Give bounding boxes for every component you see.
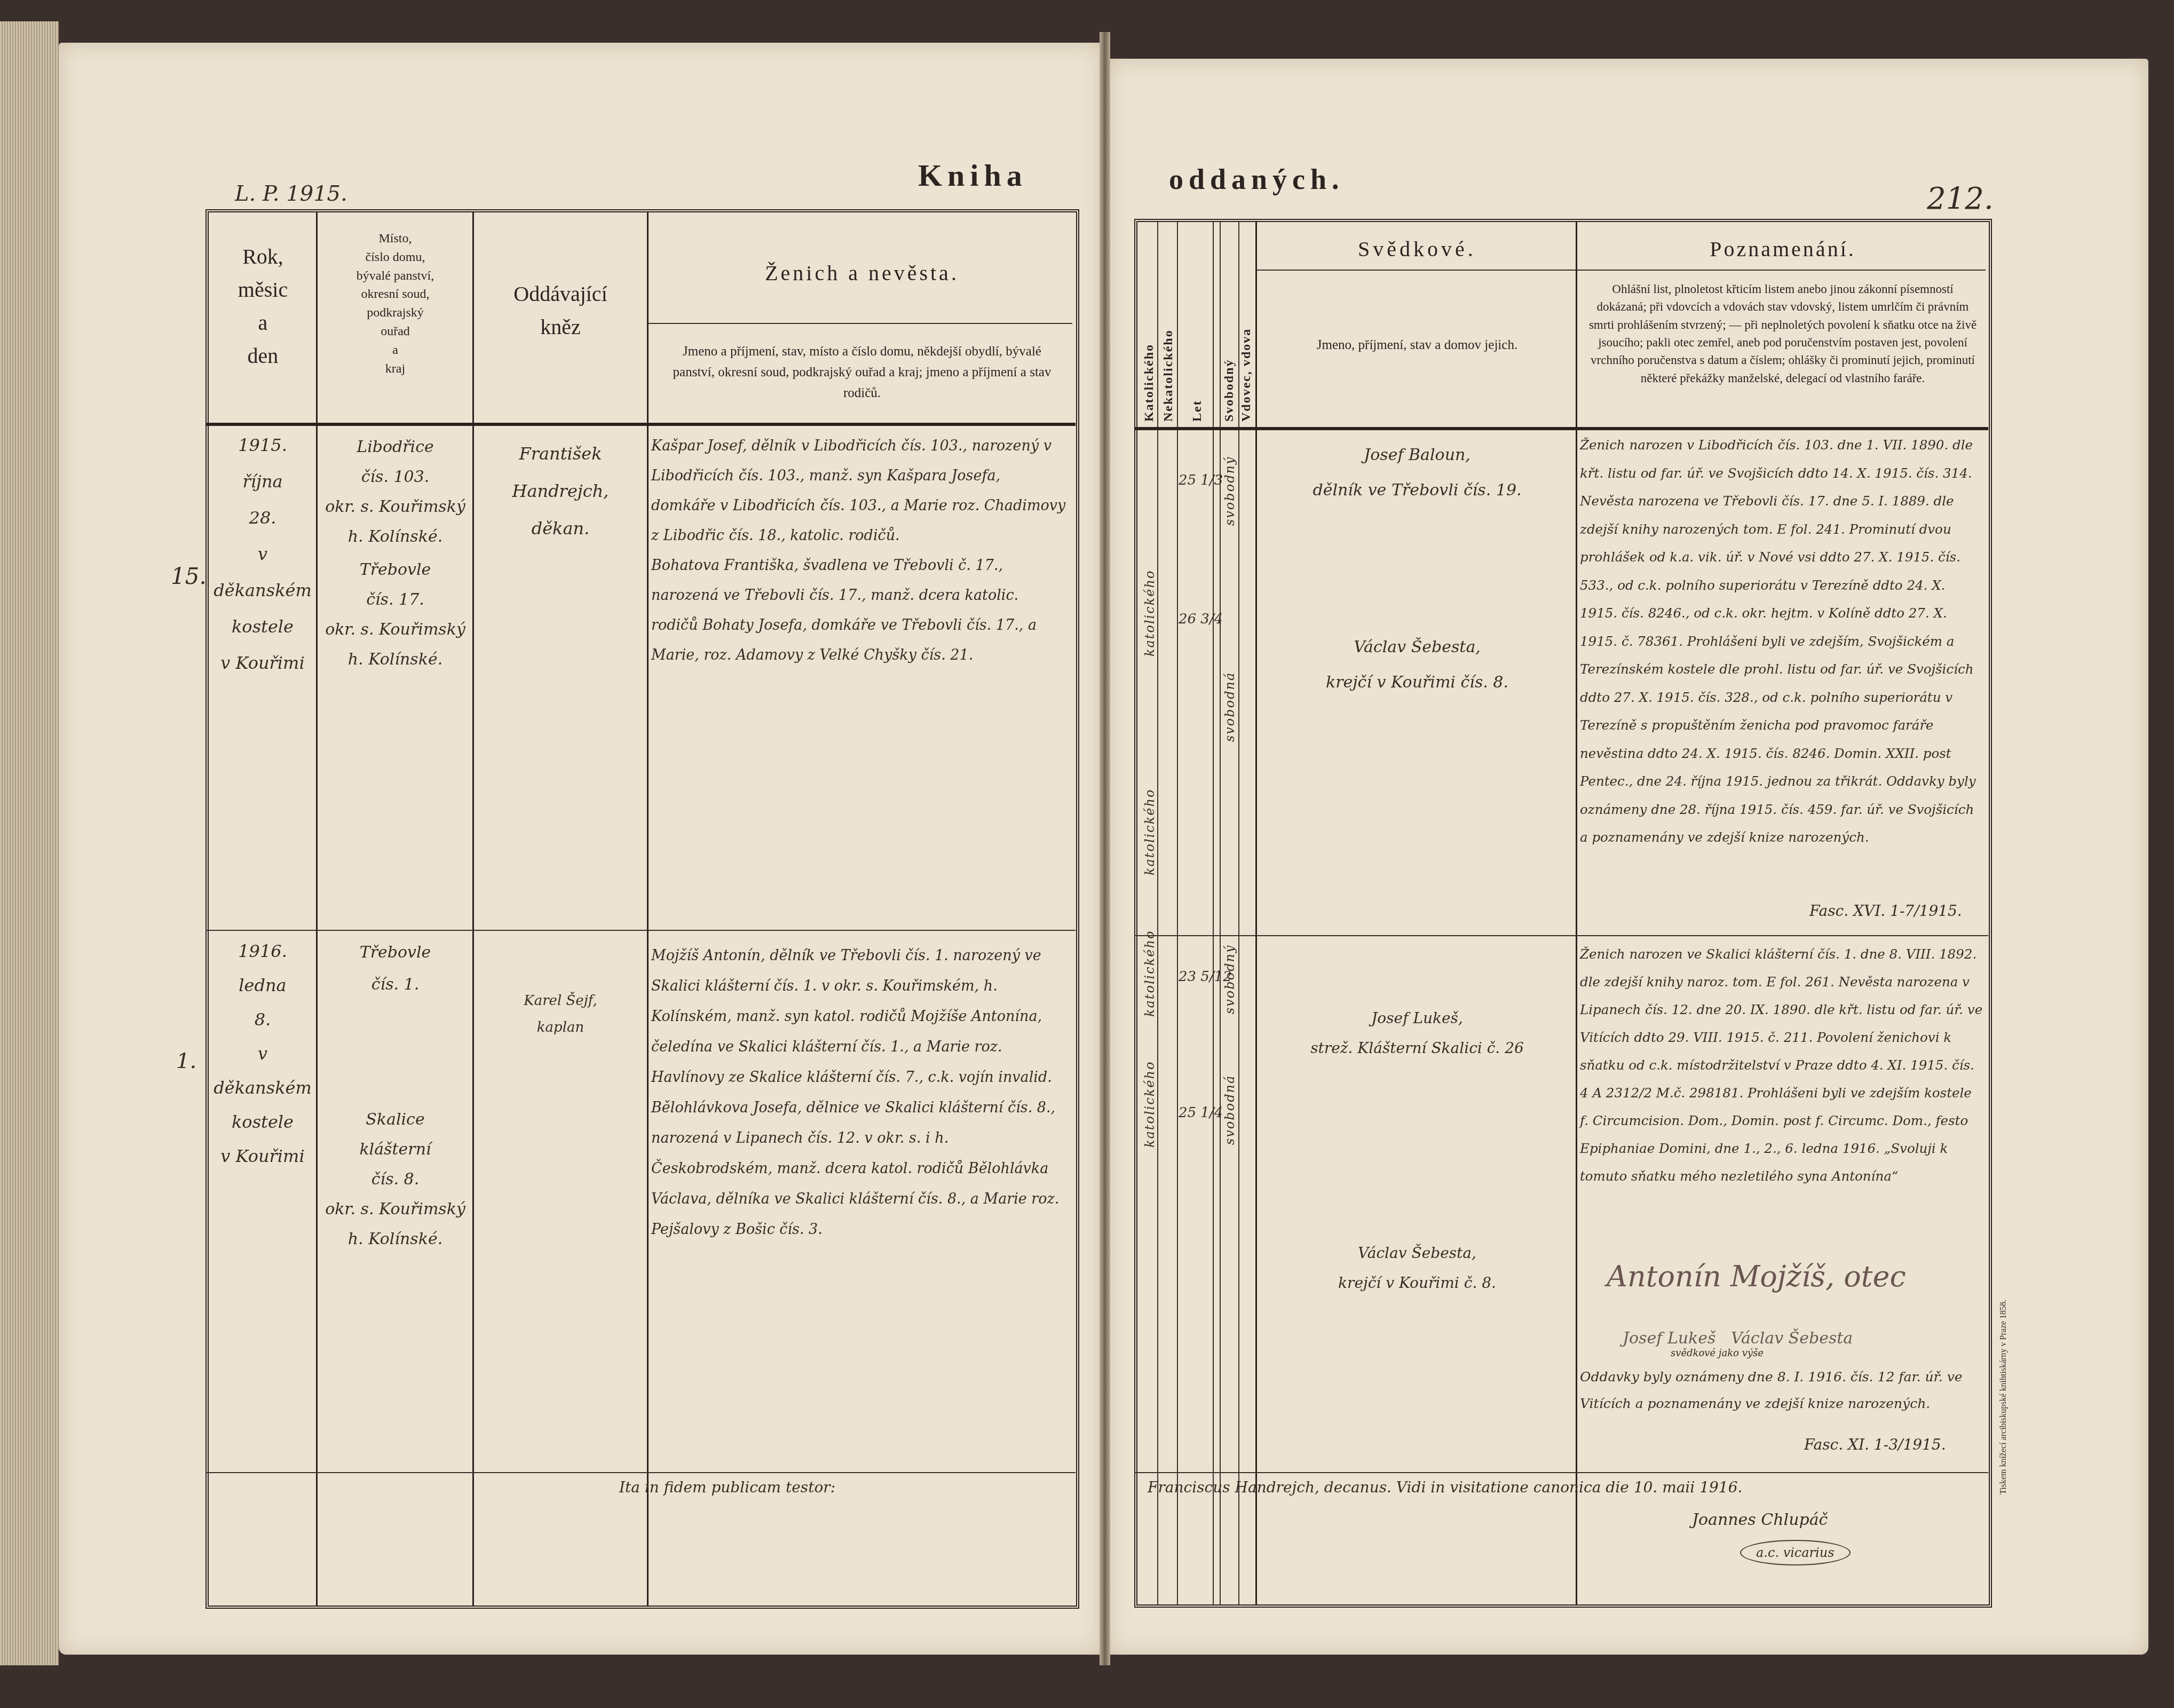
footer-signature: Joannes Chlupáč (1692, 1511, 1828, 1529)
right-record-divider (1134, 935, 1988, 936)
header-date: Rok, měsic a den (211, 240, 315, 373)
record-2-age-bride: 25 1/4 (1179, 1105, 1223, 1121)
record-1-status-groom: svobodný (1222, 456, 1237, 526)
record-1-date: 1915. října 28. v děkanském kostele v Ko… (209, 427, 316, 681)
record-2-religion-bride: katolického (1142, 1061, 1157, 1148)
record-1-fascicle: Fasc. XVI. 1-7/1915. (1809, 902, 1962, 920)
book-page-edges (0, 21, 59, 1665)
page-number: 212. (1927, 181, 1994, 216)
left-col-divider-2 (472, 212, 474, 1606)
record-2-status-bride: svobodná (1222, 1075, 1237, 1145)
header-notes-title: Poznamenání. (1580, 235, 1986, 264)
left-col-divider-1 (316, 212, 318, 1606)
record-2-priest: Karel Šejf, kaplan (475, 987, 646, 1041)
header-katolickeho: Katolického (1142, 344, 1157, 422)
right-header-bottom-rule (1134, 427, 1988, 430)
header-notes-sub: Ohlášní list, plnoletost křticím listem … (1588, 280, 1978, 387)
record-2-number: 1. (176, 1049, 196, 1073)
record-2-witness-1: Josef Lukeš, strež. Klášterní Skalici č.… (1260, 1003, 1575, 1063)
record-1-notes: Ženich narozen v Libodřicích čís. 103. d… (1580, 431, 1983, 852)
record-1-place-bride: Třebovle čís. 17. okr. s. Kouřimský h. K… (319, 555, 471, 675)
record-1-place-groom: Libodřice čís. 103. okr. s. Kouřimský h.… (319, 432, 471, 552)
record-1-witness-1: Josef Baloun, dělník ve Třebovli čís. 19… (1260, 438, 1575, 508)
header-couple-title: Ženich a nevěsta. (651, 259, 1073, 288)
left-footer-rule (205, 1472, 1076, 1473)
record-1-age-groom: 25 1/3 (1179, 472, 1223, 488)
title-left: Kniha (918, 157, 1027, 193)
record-2-status-groom: svobodný (1222, 944, 1237, 1014)
record-1-age-bride: 26 3/4 (1179, 611, 1223, 627)
record-1-couple: Kašpar Josef, dělník v Libodřicích čís. … (651, 431, 1068, 670)
header-witnesses-title: Svědkové. (1260, 235, 1575, 264)
record-2-date: 1916. ledna 8. v děkanském kostele v Kou… (209, 934, 316, 1173)
book-spine (1100, 32, 1110, 1665)
footer-attestation: Ita in fidem publicam testor: (619, 1478, 835, 1496)
header-nekatolickeho: Nekatolického (1161, 329, 1176, 422)
left-table-frame (205, 209, 1079, 1609)
record-2-notes-after: Oddavky byly oznámeny dne 8. I. 1916. čí… (1580, 1364, 1983, 1417)
record-2-witness-2: Václav Šebesta, krejčí v Kouřimi č. 8. (1260, 1238, 1575, 1298)
header-place: Místo, číslo domu, bývalé panství, okres… (319, 230, 471, 378)
record-1-witness-2: Václav Šebesta, krejčí v Kouřimi čís. 8. (1260, 630, 1575, 700)
header-vdovec: Vdovec, vdova (1239, 328, 1254, 422)
record-1-religion-groom: katolického (1142, 570, 1157, 657)
record-1-number: 15. (171, 563, 207, 589)
footer-visitation: Franciscus Handrejch, decanus. Vidi in v… (1148, 1478, 1742, 1496)
record-1-status-bride: svobodná (1222, 672, 1237, 742)
record-2-witness-signatures-note: svědkové jako výše (1671, 1348, 1764, 1359)
right-header-subrule (1257, 270, 1986, 271)
left-header-subrule (648, 323, 1072, 324)
record-2-place-groom: Třebovle čís. 1. (319, 937, 471, 1001)
right-footer-rule (1134, 1472, 1988, 1473)
record-1-priest: František Handrejch, děkan. (475, 435, 646, 547)
record-2-couple: Mojžíš Antonín, dělník ve Třebovli čís. … (651, 940, 1068, 1245)
header-priest: Oddávající kněz (475, 278, 646, 344)
printer-imprint: Tiskem knížecí arcibiskupské knihtiskárn… (1999, 1300, 2009, 1494)
record-2-fascicle: Fasc. XI. 1-3/1915. (1804, 1436, 1946, 1453)
record-2-father-signature: Antonín Mojžíš, otec (1607, 1260, 1906, 1293)
left-record-divider (205, 930, 1076, 931)
record-2-religion-groom: katolického (1142, 930, 1157, 1017)
record-2-notes: Ženich narozen ve Skalici klášterní čís.… (1580, 940, 1983, 1190)
record-2-witness-signatures: Josef Lukeš Václav Šebesta (1623, 1329, 1853, 1348)
left-header-bottom-rule (205, 423, 1076, 426)
header-let: Let (1190, 400, 1205, 422)
left-col-divider-3 (647, 212, 649, 1606)
record-1-religion-bride: katolického (1142, 789, 1157, 875)
title-right: oddaných. (1169, 163, 1345, 196)
record-2-place-bride: Skalice klášterní čís. 8. okr. s. Kouřim… (319, 1105, 471, 1254)
header-svobodny: Svobodný (1222, 359, 1237, 422)
header-witnesses-sub: Jmeno, příjmení, stav a domov jejich. (1260, 336, 1575, 354)
footer-stamp: a.c. vicarius (1740, 1540, 1851, 1565)
header-couple-sub: Jmeno a příjmení, stav, místo a číslo do… (670, 342, 1054, 404)
margin-note-year: L. P. 1915. (235, 181, 347, 206)
